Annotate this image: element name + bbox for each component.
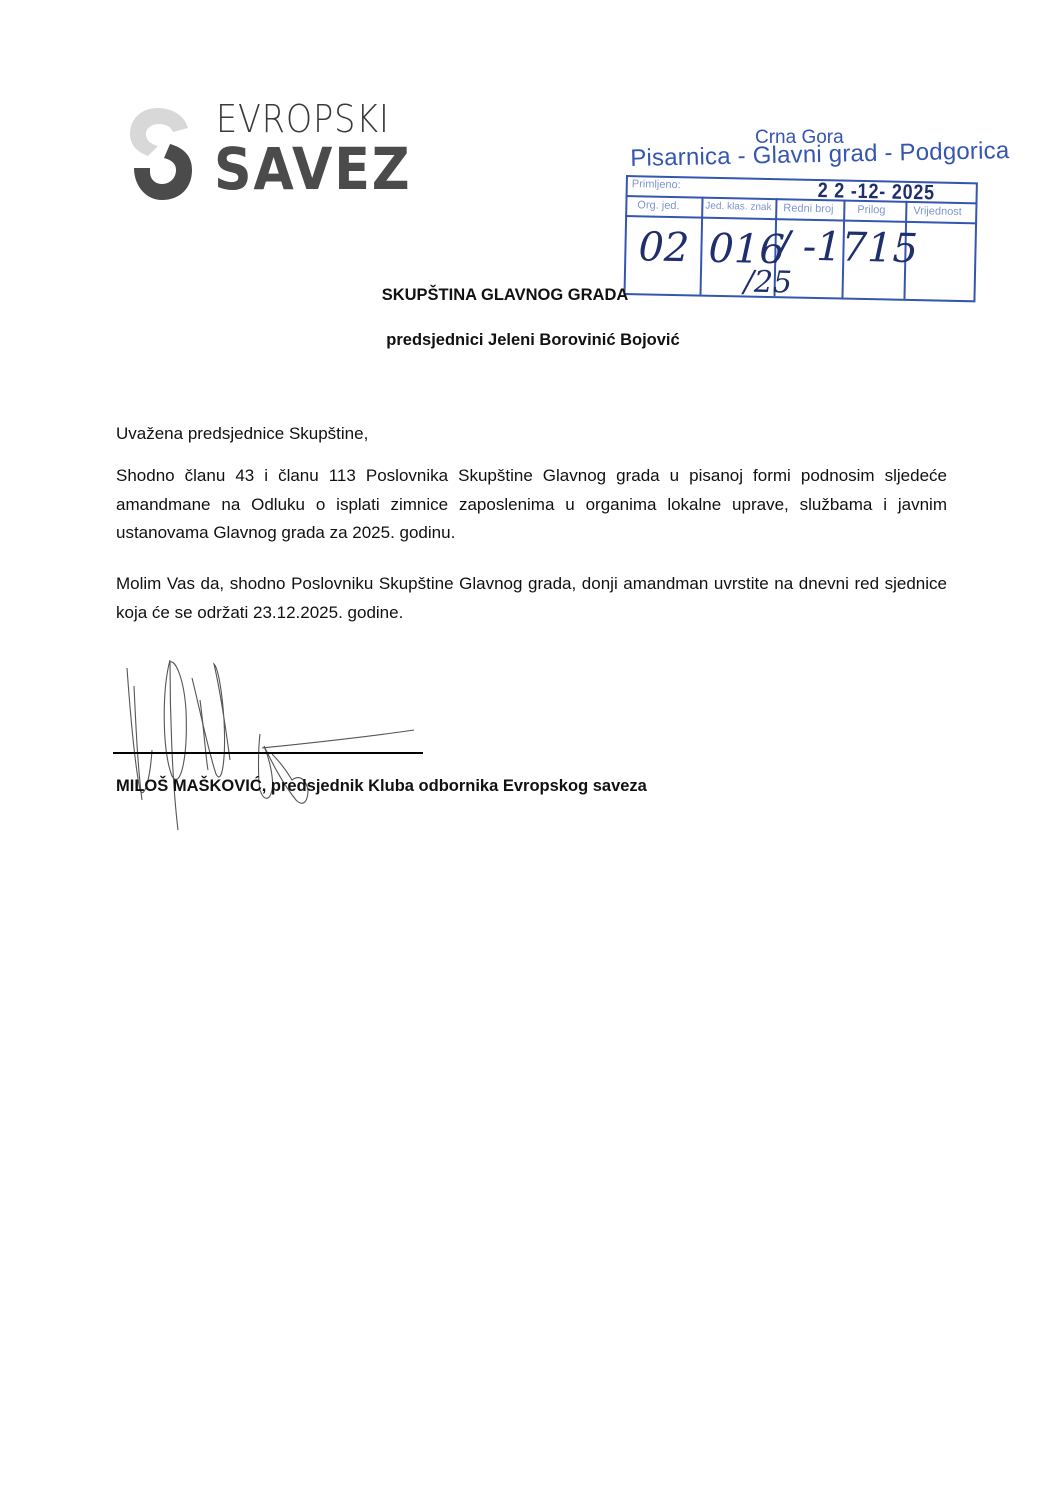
stamp-received-date: 2 2 -12- 2025 bbox=[817, 179, 935, 205]
addressee-recipient: predsjednici Jeleni Borovinić Bojović bbox=[4, 331, 1058, 350]
stamp-col-redni-broj: Redni broj bbox=[783, 202, 833, 215]
addressee-institution: SKUPŠTINA GLAVNOG GRADA bbox=[0, 286, 1034, 305]
stamp-table: Primljeno: 2 2 -12- 2025 Org. jed. Jed. … bbox=[623, 175, 977, 302]
body-paragraph: Molim Vas da, shodno Poslovniku Skupštin… bbox=[116, 570, 947, 627]
registry-stamp: Crna Gora Pisarnica - Glavni grad - Podg… bbox=[620, 125, 990, 300]
signature-line bbox=[113, 752, 423, 754]
stamp-value-redni-broj: / -1715 bbox=[776, 226, 918, 269]
stamp-received-label: Primljeno: bbox=[632, 178, 681, 191]
salutation: Uvažena predsjednice Skupštine, bbox=[116, 420, 947, 449]
stamp-col-jed-klas-znak: Jed. klas. znak bbox=[705, 201, 771, 213]
evropski-savez-s-logo-icon bbox=[126, 106, 196, 202]
logo-text-savez: SAVEZ bbox=[214, 140, 411, 198]
stamp-value-org-jed: 02 bbox=[638, 227, 690, 268]
logo-text-evropski: EVROPSKI bbox=[216, 100, 390, 138]
stamp-col-org-jed: Org. jed. bbox=[637, 199, 679, 212]
stamp-office: Pisarnica - Glavni grad - Podgorica bbox=[630, 137, 1010, 173]
stamp-col-prilog: Prilog bbox=[857, 204, 885, 217]
stamp-col-vrijednost: Vrijednost bbox=[913, 205, 962, 218]
document-page: EVROPSKI SAVEZ Crna Gora Pisarnica - Gla… bbox=[0, 0, 1058, 1497]
evropski-savez-logo: EVROPSKI SAVEZ bbox=[126, 100, 416, 210]
handwritten-signature-icon bbox=[100, 650, 480, 850]
body-paragraph: Shodno članu 43 i članu 113 Poslovnika S… bbox=[116, 462, 947, 548]
signer-name-title: MILOŠ MAŠKOVIĆ, predsjednik Kluba odborn… bbox=[116, 777, 647, 796]
